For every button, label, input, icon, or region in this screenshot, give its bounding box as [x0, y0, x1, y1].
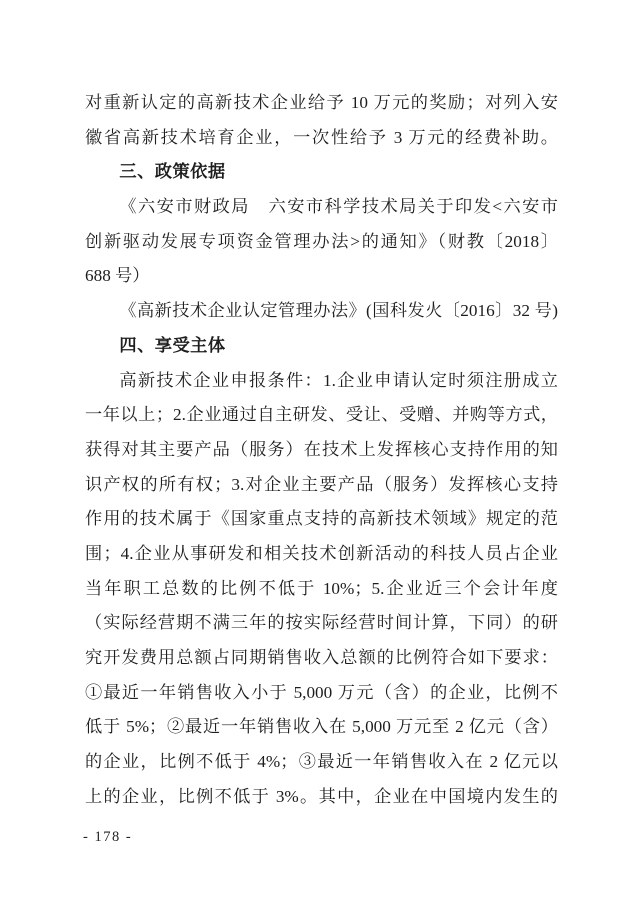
section-heading-beneficiaries: 四、享受主体 [85, 329, 558, 364]
paragraph-line: 一年以上；2.企业通过自主研发、受让、受赠、并购等方式， [85, 398, 558, 433]
paragraph-line: 《六安市财政局 六安市科学技术局关于印发<六安市 [85, 190, 558, 225]
paragraph-line: 创新驱动发展专项资金管理办法>的通知》（财教〔2018〕 [85, 225, 558, 260]
paragraph-line: 当年职工总数的比例不低于 10%；5.企业近三个会计年度 [85, 572, 558, 607]
page-number: - 178 - [83, 827, 132, 847]
paragraph-line: 对重新认定的高新技术企业给予 10 万元的奖励；对列入安 [85, 86, 558, 121]
paragraph-line: 上的企业，比例不低于 3%。其中，企业在中国境内发生的 [85, 780, 558, 815]
paragraph-line: 作用的技术属于《国家重点支持的高新技术领域》规定的范 [85, 502, 558, 537]
document-body: 对重新认定的高新技术企业给予 10 万元的奖励；对列入安 徽省高新技术培育企业，… [85, 86, 558, 814]
paragraph-line: 688 号） [85, 259, 558, 294]
paragraph-line: 获得对其主要产品（服务）在技术上发挥核心支持作用的知 [85, 433, 558, 468]
paragraph-line: 围；4.企业从事研发和相关技术创新活动的科技人员占企业 [85, 537, 558, 572]
paragraph-line: 的企业，比例不低于 4%；③最近一年销售收入在 2 亿元以 [85, 745, 558, 780]
paragraph-line: 徽省高新技术培育企业，一次性给予 3 万元的经费补助。 [85, 121, 558, 156]
paragraph-line: 高新技术企业申报条件：1.企业申请认定时须注册成立 [85, 364, 558, 399]
paragraph-line: ①最近一年销售收入小于 5,000 万元（含）的企业，比例不 [85, 676, 558, 711]
paragraph-line: 究开发费用总额占同期销售收入总额的比例符合如下要求： [85, 641, 558, 676]
paragraph-line: （实际经营期不满三年的按实际经营时间计算，下同）的研 [85, 606, 558, 641]
paragraph-line: 识产权的所有权；3.对企业主要产品（服务）发挥核心支持 [85, 468, 558, 503]
document-page: 对重新认定的高新技术企业给予 10 万元的奖励；对列入安 徽省高新技术培育企业，… [0, 0, 642, 907]
section-heading-policy-basis: 三、政策依据 [85, 155, 558, 190]
paragraph-line: 《高新技术企业认定管理办法》(国科发火〔2016〕32 号) [85, 294, 558, 329]
paragraph-line: 低于 5%；②最近一年销售收入在 5,000 万元至 2 亿元（含） [85, 710, 558, 745]
